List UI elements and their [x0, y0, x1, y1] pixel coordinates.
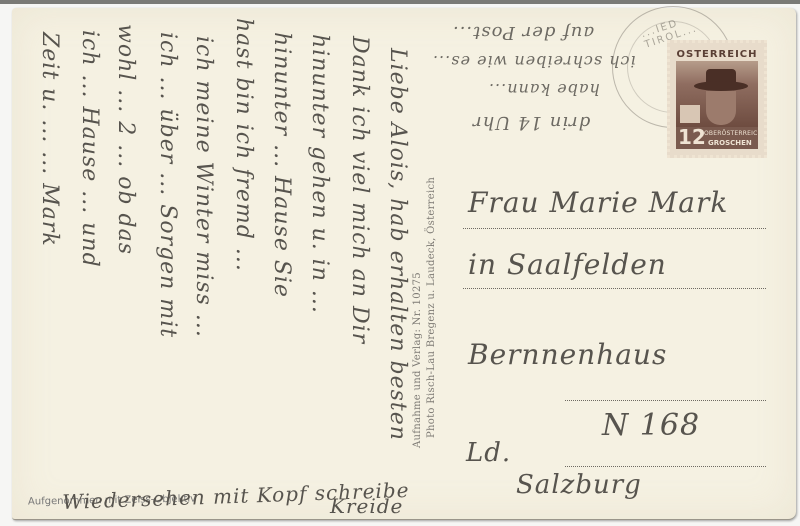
address-line-2: in Saalfelden — [468, 248, 667, 281]
message-line-1: Liebe Alois, hab erhalten besten — [385, 48, 410, 441]
address-rule-1 — [463, 228, 766, 229]
stamp-hat-brim-icon — [694, 81, 748, 91]
address-line-1: Frau Marie Mark — [468, 186, 728, 219]
message-top-3: habe kann... — [488, 80, 600, 99]
address-line-4: N 168 — [602, 408, 700, 443]
message-top-1: auf der Post... — [452, 22, 594, 43]
stamp-region: OBERÖSTERREICH — [704, 130, 758, 137]
message-line-9: ich ... Hause ... und — [77, 30, 102, 268]
stamp-country: ÖSTERREICH — [676, 49, 758, 61]
postage-stamp: ÖSTERREICH 12 OBERÖSTERREICH GROSCHEN — [667, 40, 767, 158]
signature: Kreide — [330, 494, 403, 518]
message-line-7: ich ... über ... Sorgen mit — [155, 32, 180, 338]
photo-credit-line: Photo Risch-Lau Bregenz u. Laudeck, Öste… — [426, 177, 437, 438]
stamp-face-icon — [706, 91, 736, 125]
message-top-4: drin 14 Uhr — [472, 112, 590, 133]
message-line-6: ich meine Winter miss ... — [191, 36, 216, 338]
message-line-2: Dank ich viel mich an Dir — [347, 36, 372, 344]
message-line-3: hinunter gehen u. in ... — [307, 34, 332, 314]
address-line-5-prefix: Ld. — [466, 438, 511, 468]
stamp-value: 12 — [678, 127, 706, 147]
message-line-10: Zeit u. ... ... Mark — [37, 32, 62, 247]
address-rule-4 — [565, 466, 766, 467]
stamp-design: ÖSTERREICH 12 OBERÖSTERREICH GROSCHEN — [676, 49, 758, 149]
message-line-4: hinunter ... Hause Sie — [269, 32, 294, 298]
address-line-3: Bernnenhaus — [468, 338, 667, 371]
publisher-line: Aufnahme und Verlag: Nr. 10275 — [412, 272, 423, 448]
message-top-2: ich schreiben wie es... — [432, 52, 636, 71]
stamp-denomination: GROSCHEN — [708, 139, 752, 147]
stamp-portrait — [676, 61, 758, 127]
address-line-5: Salzburg — [516, 470, 642, 500]
address-rule-2 — [463, 288, 766, 289]
postcard: Liebe Alois, hab erhalten besten Dank ic… — [12, 8, 796, 520]
address-rule-3 — [565, 400, 766, 401]
scanner-edge — [0, 0, 800, 4]
message-line-5: hast bin ich fremd ... — [231, 18, 256, 272]
message-line-8: wohl ... 2 ... ob das — [113, 24, 138, 255]
stamp-town-icon — [680, 105, 700, 123]
